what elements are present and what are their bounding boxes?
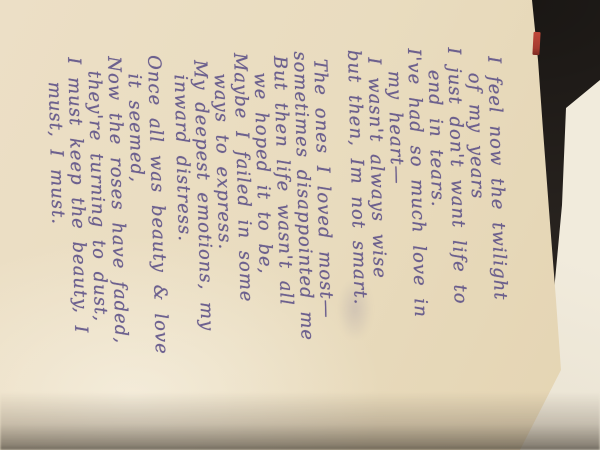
- letter-paper: I feel now the twilightof my yearsI just…: [0, 0, 600, 450]
- handwriting: I feel now the twilightof my yearsI just…: [43, 46, 513, 450]
- photo-bottom-shadow: [0, 392, 600, 450]
- red-sticker: [532, 32, 540, 55]
- photo-of-handwritten-letter: I feel now the twilightof my yearsI just…: [0, 0, 600, 450]
